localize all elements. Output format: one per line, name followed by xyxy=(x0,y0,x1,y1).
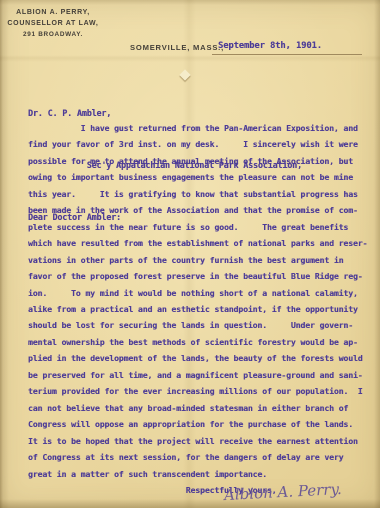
typed-line: alike from a practical and an esthetic s… xyxy=(28,301,367,317)
letter-document: ALBION A. PERRY, COUNSELLOR AT LAW, 291 … xyxy=(0,0,380,508)
typed-line: terium provided for the ever increasing … xyxy=(28,383,367,399)
typed-line: Congress will oppose an appropriation fo… xyxy=(28,416,367,432)
typed-line: should be lost for securing the lands in… xyxy=(28,317,367,333)
typed-line: vations in other parts of the country fu… xyxy=(28,252,367,268)
dateline-place: SOMERVILLE, MASS., xyxy=(130,43,224,52)
typed-line: be preserved for all time, and a magnifi… xyxy=(28,367,367,383)
typed-line: find your favor of 3rd inst. on my desk.… xyxy=(28,136,367,152)
date-rule-line xyxy=(212,54,362,55)
typed-line: plete success in the near future is so g… xyxy=(28,219,367,235)
letterhead-name: ALBION A. PERRY, xyxy=(2,7,104,18)
typed-line: which have resulted from the establishme… xyxy=(28,235,367,251)
typed-line: possible for me to attend the annual mee… xyxy=(28,153,367,169)
typed-line: can not believe that any broad-minded st… xyxy=(28,400,367,416)
letterhead-address: 291 BROADWAY. xyxy=(2,29,104,40)
typed-line: favor of the proposed forest preserve in… xyxy=(28,268,367,284)
letter-body: I have gust returned from the Pan-Americ… xyxy=(28,120,367,498)
typed-line: great in a matter of such transcendent i… xyxy=(28,466,367,482)
letterhead: ALBION A. PERRY, COUNSELLOR AT LAW, 291 … xyxy=(2,7,104,40)
typed-line: owing to important business engagements … xyxy=(28,169,367,185)
typed-line: this year. It is gratifying to know that… xyxy=(28,186,367,202)
typed-line: been made in the work of the Association… xyxy=(28,202,367,218)
typed-line: of Congress at its next session, for the… xyxy=(28,449,367,465)
letterhead-title: COUNSELLOR AT LAW, xyxy=(2,18,104,29)
typed-line: It is to be hoped that the project will … xyxy=(28,433,367,449)
dateline-date: September 8th, 1901. xyxy=(218,41,322,51)
typed-line: ion. To my mind it would be nothing shor… xyxy=(28,285,367,301)
typed-line: I have gust returned from the Pan-Americ… xyxy=(28,120,367,136)
typed-line: mental ownership the best methods of sci… xyxy=(28,334,367,350)
typed-line: plied in the development of the lands, t… xyxy=(28,350,367,366)
